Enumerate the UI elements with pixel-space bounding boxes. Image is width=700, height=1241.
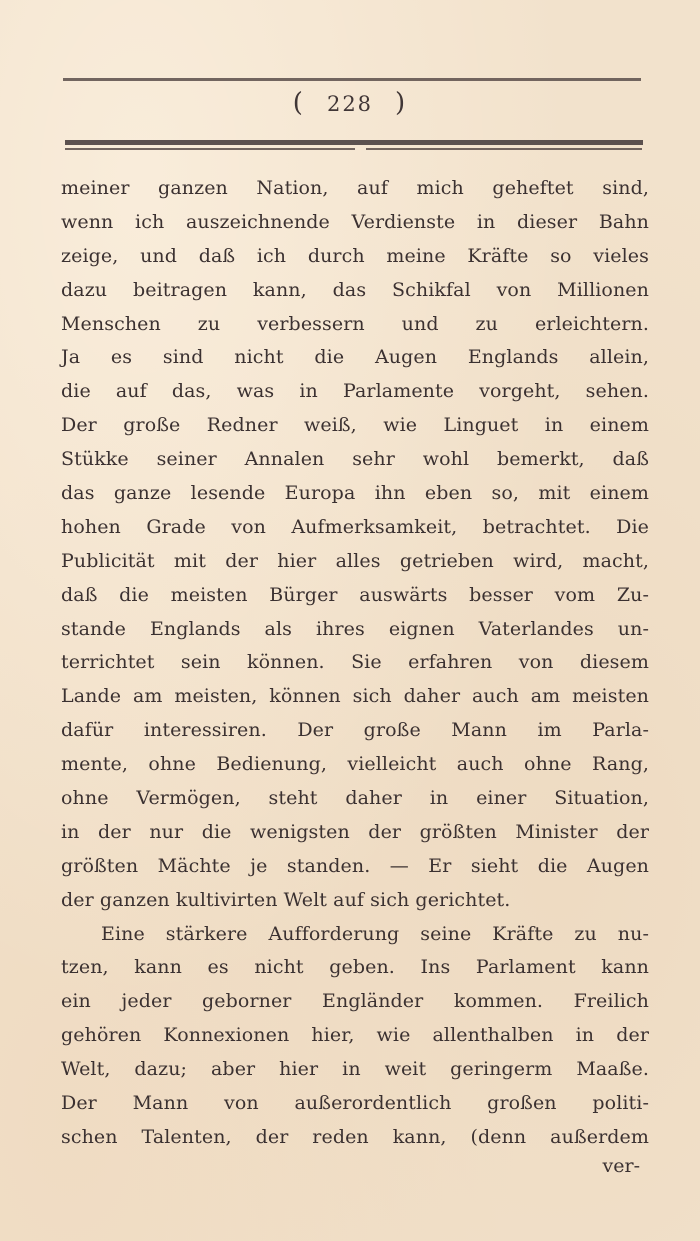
text-line: größten Mächte je standen. — Er sieht di… bbox=[61, 850, 649, 884]
text-line: Ja es sind nicht die Augen Englands alle… bbox=[61, 341, 649, 375]
header-thin-rule-left bbox=[65, 148, 355, 150]
body-text: meiner ganzen Nation, auf mich geheftet … bbox=[61, 172, 649, 1155]
text-line-paragraph-start: Eine stärkere Aufforderung seine Kräfte … bbox=[61, 918, 649, 952]
page-header: (228) bbox=[0, 88, 700, 118]
header-thick-rule bbox=[65, 140, 643, 145]
text-line-paragraph-end: der ganzen kultivirten Welt auf sich ger… bbox=[61, 884, 649, 918]
text-line: in der nur die wenigsten der größten Min… bbox=[61, 816, 649, 850]
header-thin-rule-right bbox=[366, 148, 642, 150]
text-line: ohne Vermögen, steht daher in einer Situ… bbox=[61, 782, 649, 816]
text-line: Der Mann von außerordentlich großen poli… bbox=[61, 1087, 649, 1121]
text-line: ein jeder geborner Engländer kommen. Fre… bbox=[61, 985, 649, 1019]
text-line: die auf das, was in Parlamente vorgeht, … bbox=[61, 375, 649, 409]
text-line: Stükke seiner Annalen sehr wohl bemerkt,… bbox=[61, 443, 649, 477]
text-line: Welt, dazu; aber hier in weit geringerm … bbox=[61, 1053, 649, 1087]
text-line: Publicität mit der hier alles getrieben … bbox=[61, 545, 649, 579]
catchword: ver- bbox=[603, 1155, 640, 1177]
text-line: tzen, kann es nicht geben. Ins Parlament… bbox=[61, 951, 649, 985]
text-line: zeige, und daß ich durch meine Kräfte so… bbox=[61, 240, 649, 274]
text-line: meiner ganzen Nation, auf mich geheftet … bbox=[61, 172, 649, 206]
text-line: mente, ohne Bedienung, vielleicht auch o… bbox=[61, 748, 649, 782]
text-line: dafür interessiren. Der große Mann im Pa… bbox=[61, 714, 649, 748]
top-rule bbox=[63, 78, 641, 81]
text-line: dazu beitragen kann, das Schikfal von Mi… bbox=[61, 274, 649, 308]
text-line: hohen Grade von Aufmerksamkeit, betracht… bbox=[61, 511, 649, 545]
text-line: schen Talenten, der reden kann, (denn au… bbox=[61, 1121, 649, 1155]
text-line: Der große Redner weiß, wie Linguet in ei… bbox=[61, 409, 649, 443]
text-line: stande Englands als ihres eignen Vaterla… bbox=[61, 613, 649, 647]
open-paren: ( bbox=[293, 88, 305, 118]
page-number: 228 bbox=[327, 92, 373, 116]
text-line: Menschen zu verbessern und zu erleichter… bbox=[61, 308, 649, 342]
text-line: wenn ich auszeichnende Verdienste in die… bbox=[61, 206, 649, 240]
text-line: terrichtet sein können. Sie erfahren von… bbox=[61, 646, 649, 680]
book-page: (228) meiner ganzen Nation, auf mich geh… bbox=[0, 0, 700, 1241]
text-line: das ganze lesende Europa ihn eben so, mi… bbox=[61, 477, 649, 511]
text-line: Lande am meisten, können sich daher auch… bbox=[61, 680, 649, 714]
text-line: gehören Konnexionen hier, wie allenthalb… bbox=[61, 1019, 649, 1053]
text-line: daß die meisten Bürger auswärts besser v… bbox=[61, 579, 649, 613]
close-paren: ) bbox=[395, 88, 407, 118]
